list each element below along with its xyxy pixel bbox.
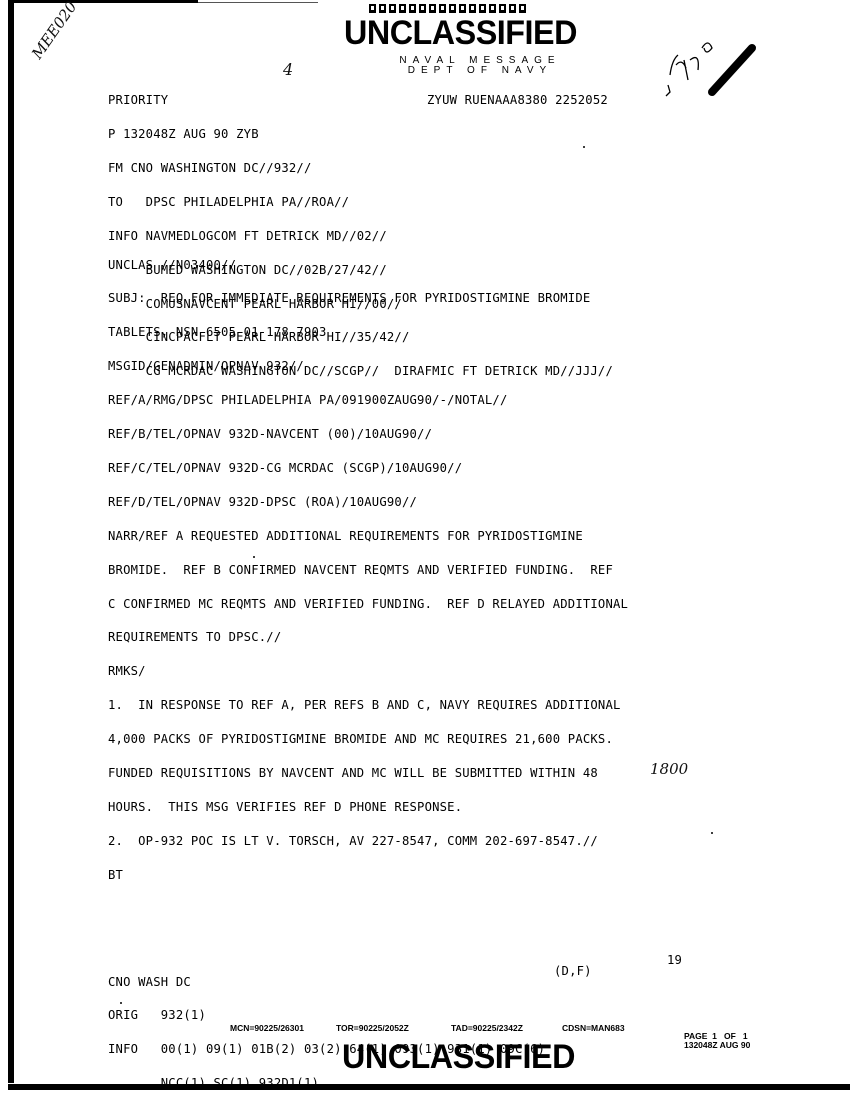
remark-2-line: 2. OP-932 POC IS LT V. TORSCH, AV 227-85…: [108, 836, 628, 847]
classification-banner-top: UNCLASSIFIED: [344, 14, 577, 53]
subject-line-cont: TABLETS, NSN 6505-01-178-7903: [108, 327, 628, 338]
handwritten-margin-note: MEE020: [28, 0, 81, 62]
break-marker: BT: [108, 870, 628, 881]
footer-cdsn: CDSN=MAN683: [562, 1024, 625, 1032]
routing-indicator: ZYUW RUENAAA8380 2252052: [427, 95, 608, 106]
handwritten-number: 1800: [650, 760, 688, 778]
footer-tad: TAD=90225/2342Z: [451, 1024, 523, 1032]
remark-1-line: 1. IN RESPONSE TO REF A, PER REFS B AND …: [108, 700, 628, 711]
narr-line: NARR/REF A REQUESTED ADDITIONAL REQUIREM…: [108, 531, 628, 542]
footer-mcn: MCN=90225/26301: [230, 1024, 304, 1032]
subject-line: SUBJ: REQ FOR IMMEDIATE REQUIREMENTS FOR…: [108, 293, 628, 304]
df-mark: (D,F): [554, 966, 592, 977]
remark-1-line: FUNDED REQUISITIONS BY NAVCENT AND MC WI…: [108, 768, 628, 779]
classification-line: UNCLAS //N03400//: [108, 260, 628, 271]
to-line: TO DPSC PHILADELPHIA PA//ROA//: [108, 197, 613, 208]
ref-d-line: REF/D/TEL/OPNAV 932D-DPSC (ROA)/10AUG90/…: [108, 497, 628, 508]
msgid-line: MSGID/GENADMIN/OPNAV 932//: [108, 361, 628, 372]
speck: [711, 832, 713, 834]
from-line: FM CNO WASHINGTON DC//932//: [108, 163, 613, 174]
ref-a-line: REF/A/RMG/DPSC PHILADELPHIA PA/091900ZAU…: [108, 395, 628, 406]
ref-b-line: REF/B/TEL/OPNAV 932D-NAVCENT (00)/10AUG9…: [108, 429, 628, 440]
message-header: NAVAL MESSAGE DEPT OF NAVY: [380, 56, 580, 76]
narr-line: REQUIREMENTS TO DPSC.//: [108, 632, 628, 643]
message-body: UNCLAS //N03400// SUBJ: REQ FOR IMMEDIAT…: [108, 237, 628, 892]
page-border-top-thin: [198, 2, 318, 3]
narr-line: C CONFIRMED MC REQMTS AND VERIFIED FUNDI…: [108, 599, 628, 610]
ref-c-line: REF/C/TEL/OPNAV 932D-CG MCRDAC (SCGP)/10…: [108, 463, 628, 474]
remark-1-line: HOURS. THIS MSG VERIFIES REF D PHONE RES…: [108, 802, 628, 813]
header-line-dept-navy: DEPT OF NAVY: [380, 66, 580, 76]
footer-page: PAGE 1 OF 1: [684, 1032, 748, 1040]
footer-dtg: 132048Z AUG 90: [684, 1041, 750, 1049]
signature-initials-icon: [660, 30, 760, 100]
underline: [262, 1088, 326, 1089]
perforation-marks: [369, 4, 526, 13]
precedence: PRIORITY: [108, 95, 168, 106]
originator-office: CNO WASH DC: [108, 977, 545, 988]
footer-tor: TOR=90225/2052Z: [336, 1024, 409, 1032]
dtg-line: P 132048Z AUG 90 ZYB: [108, 129, 613, 140]
remarks-label: RMKS/: [108, 666, 628, 677]
classification-banner-bottom: UNCLASSIFIED: [342, 1038, 575, 1077]
page-border-left: [8, 3, 14, 1083]
narr-line: BROMIDE. REF B CONFIRMED NAVCENT REQMTS …: [108, 565, 628, 576]
info-distribution-line-2: NCC(1) SC(1) 932D1(1): [108, 1078, 545, 1089]
speck: [583, 146, 585, 148]
orig-line: ORIG 932(1): [108, 1010, 545, 1021]
speck: [253, 556, 255, 558]
page-border-top: [8, 0, 198, 3]
remark-1-line: 4,000 PACKS OF PYRIDOSTIGMINE BROMIDE AN…: [108, 734, 628, 745]
speck: [120, 1002, 122, 1004]
page-count-mark: 19: [667, 955, 682, 966]
handwritten-mark: 4: [283, 60, 293, 79]
